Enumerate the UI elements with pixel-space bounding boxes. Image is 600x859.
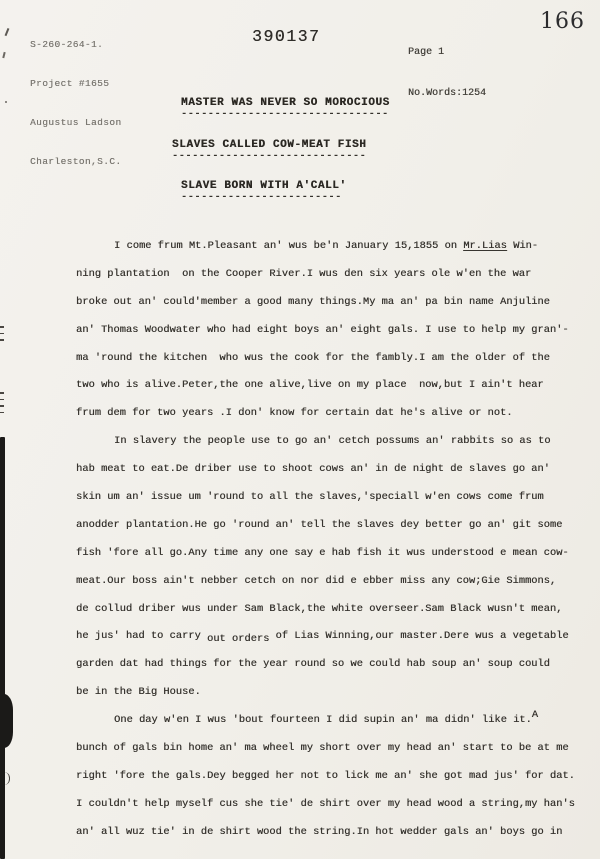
scan-artifact-hook [2,772,10,785]
title-underline: ------------------------ [181,193,347,202]
folio-number: 166 [540,9,585,34]
scan-artifact-dashes-upper [0,326,4,346]
text-line: ning plantation on the Cooper River.I wu… [76,261,592,289]
reference-code: S-260-264-1. [30,38,122,51]
paragraph-1: I come frum Mt.Pleasant an' wus be'n Jan… [76,233,592,428]
reference-block: S-260-264-1. Project #1655 Augustus Lads… [30,12,122,194]
page-label: Page 1 [408,46,486,60]
text-line: hab meat to eat.De driber use to shoot c… [76,456,592,484]
scan-artifact-slash [5,28,9,36]
document-title-3: SLAVE BORN WITH A'CALL'-----------------… [181,180,347,202]
text-line: frum dem for two years .I don' know for … [76,400,592,428]
interview-location: Charleston,S.C. [30,155,122,168]
document-title-2: SLAVES CALLED COW-MEAT FISH-------------… [172,139,366,161]
document-title-1: MASTER WAS NEVER SO MOROCIOUS-----------… [181,97,390,119]
paragraph-3: One day w'en I wus 'bout fourteen I did … [76,707,592,846]
title-underline: ----------------------------- [172,152,366,161]
text-line: fish 'fore all go.Any time any one say e… [76,540,592,568]
text-line: right 'fore the gals.Dey begged her not … [76,763,592,791]
scan-artifact-edge-bar [0,437,5,859]
text-line: de collud driber wus under Sam Black,the… [76,596,592,624]
document-body: I come frum Mt.Pleasant an' wus be'n Jan… [76,233,592,847]
interviewer-name: Augustus Ladson [30,116,122,129]
marked-text: A [532,709,538,721]
text-line: meat.Our boss ain't nebber cetch on nor … [76,568,592,596]
text-line: garden dat had things for the year round… [76,651,592,679]
scan-artifact-dot [5,101,7,103]
title-underline: ------------------------------- [181,110,390,119]
project-number: Project #1655 [30,77,122,90]
text-line: One day w'en I wus 'bout fourteen I did … [76,707,592,735]
text-line: broke out an' could'member a good many t… [76,289,592,317]
text-line: skin um an' issue um 'round to all the s… [76,484,592,512]
text-line: ma 'round the kitchen who wus the cook f… [76,345,592,373]
text-line: bunch of gals bin home an' ma wheel my s… [76,735,592,763]
paragraph-2: In slavery the people use to go an' cetc… [76,428,592,707]
text-line: In slavery the people use to go an' cetc… [76,428,592,456]
scan-artifact-blob [0,694,13,748]
scanned-document-page: S-260-264-1. Project #1655 Augustus Lads… [0,0,600,859]
text-line: an' all wuz tie' in de shirt wood the st… [76,819,592,847]
word-count-label: No.Words:1254 [408,87,486,101]
page-info-block: Page 1 No.Words:1254 [408,19,486,127]
scan-artifact-comma [2,52,5,58]
marked-text: out orders [207,633,269,645]
text-line: he jus' had to carry out orders of Lias … [76,623,592,651]
text-line: two who is alive.Peter,the one alive,liv… [76,372,592,400]
text-line: I couldn't help myself cus she tie' de s… [76,791,592,819]
text-line: be in the Big House. [76,679,592,707]
text-line: an' Thomas Woodwater who had eight boys … [76,317,592,345]
text-line: anodder plantation.He go 'round an' tell… [76,512,592,540]
document-number: 390137 [252,27,320,46]
scan-artifact-dashes-lower [0,392,4,418]
text-line: I come frum Mt.Pleasant an' wus be'n Jan… [76,233,592,261]
marked-text: Mr.Lias [463,240,507,252]
